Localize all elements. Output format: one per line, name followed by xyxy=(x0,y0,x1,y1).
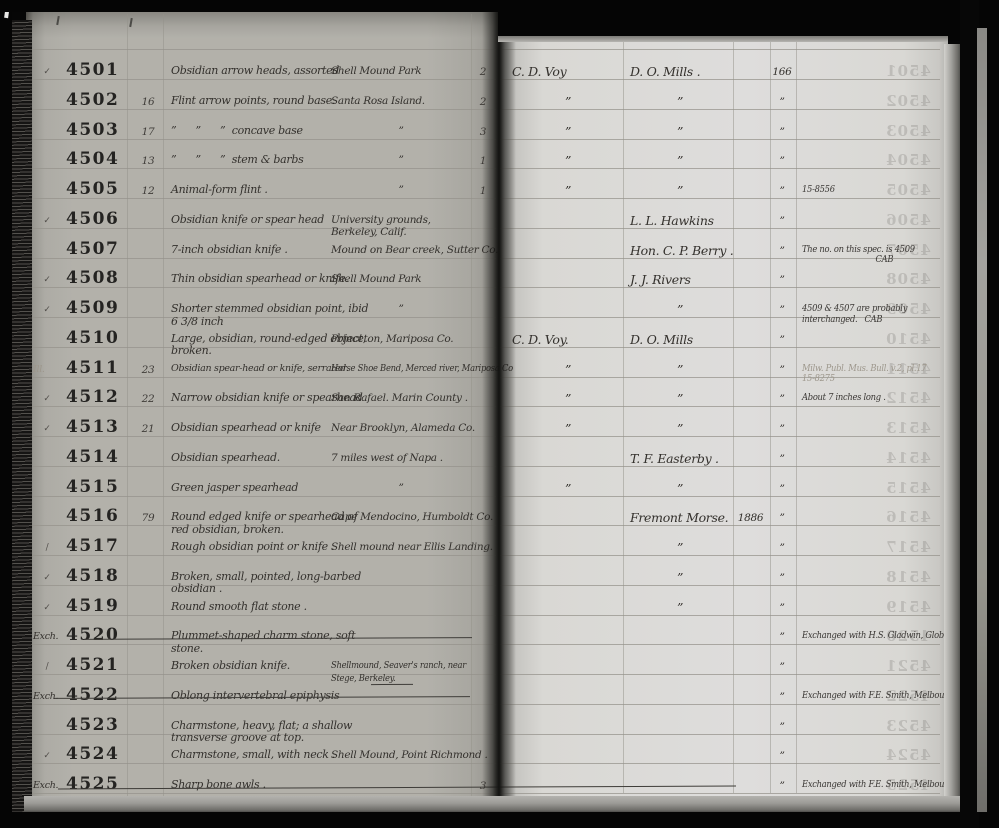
museum-number: ” xyxy=(768,245,796,258)
donor-name: L. L. Hawkins xyxy=(630,214,730,227)
remark-note: Milw. Publ. Mus. Bull. v.2, pl.17 15-827… xyxy=(802,364,926,385)
museum-number: ” xyxy=(768,334,796,347)
ghost-number: 4502 xyxy=(882,92,934,110)
collector-name: ” xyxy=(512,422,624,435)
museum-number: 166 xyxy=(768,66,796,79)
bottom-black-border xyxy=(0,812,999,828)
left-black-border xyxy=(0,0,12,828)
catalog-number: 4511 xyxy=(66,359,119,377)
ghost-number: 4512 xyxy=(882,389,934,407)
rule-line xyxy=(500,615,940,616)
locality: Cape Mendocino, Humboldt Co. xyxy=(331,511,493,524)
catalog-number: 4513 xyxy=(66,418,119,436)
donor-name: ” xyxy=(630,601,730,614)
museum-number: ” xyxy=(768,661,796,674)
book-gutter xyxy=(482,12,516,812)
rule-line xyxy=(500,436,940,437)
catalog-number: 4517 xyxy=(66,537,119,555)
column-rule xyxy=(163,14,164,796)
catalog-number: 4510 xyxy=(66,329,119,347)
ghost-number: 4517 xyxy=(882,538,934,556)
margin-mark: ✓ xyxy=(33,274,61,287)
museum-number: ” xyxy=(768,215,796,228)
remark-note: 15-8556 xyxy=(802,185,835,196)
collector-name: ” xyxy=(512,363,624,376)
ghost-number: 4519 xyxy=(882,598,934,616)
locality: ” xyxy=(331,184,471,197)
locality: Shell Mound Park xyxy=(331,65,421,78)
locality: University grounds, Berkeley, Calif. xyxy=(331,214,431,239)
locality: Shell Mound Park xyxy=(331,273,421,286)
museum-number: ” xyxy=(768,304,796,317)
donor-name: Fremont Morse. xyxy=(630,511,730,524)
museum-number: ” xyxy=(768,721,796,734)
count-value: 22 xyxy=(133,393,163,406)
museum-number: ” xyxy=(768,512,796,525)
ghost-number: 4518 xyxy=(882,568,934,586)
rule-line xyxy=(500,496,940,497)
locality: ” xyxy=(331,303,471,316)
museum-number: ” xyxy=(768,631,796,644)
museum-number: ” xyxy=(768,750,796,763)
rule-line xyxy=(500,555,940,556)
museum-number: ” xyxy=(768,691,796,704)
count-value: 21 xyxy=(133,423,163,436)
right-page-top-edge xyxy=(498,36,948,42)
count-value: 12 xyxy=(133,185,163,198)
rule-line xyxy=(500,49,940,50)
rule-line xyxy=(28,49,496,50)
locality: ” xyxy=(331,482,471,495)
rule-line xyxy=(500,704,940,705)
museum-number: ” xyxy=(768,453,796,466)
margin-mark: Exch. xyxy=(33,780,61,793)
ghost-number: 4501 xyxy=(882,62,934,80)
catalog-number: 4524 xyxy=(66,745,119,763)
museum-number: ” xyxy=(768,96,796,109)
description: Broken, small, pointed, long-barbed obsi… xyxy=(171,571,361,596)
description: Obsidian spearhead or knife xyxy=(171,422,321,435)
count-value: 23 xyxy=(133,364,163,377)
donor-name: ” xyxy=(630,184,730,197)
margin-mark: Exch. xyxy=(33,631,61,644)
description: Round smooth flat stone . xyxy=(171,601,307,614)
margin-mark: ✓ xyxy=(33,750,61,763)
rule-line xyxy=(500,79,940,80)
description: Rough obsidian point or knife . xyxy=(171,541,334,554)
margin-mark: ✓ xyxy=(33,423,61,436)
collector-name: ” xyxy=(512,392,624,405)
description: Animal-form flint . xyxy=(171,184,268,197)
museum-number: ” xyxy=(768,393,796,406)
collector-name: C. D. Voy xyxy=(512,65,624,78)
column-rule xyxy=(127,14,128,796)
ghost-number: 4513 xyxy=(882,419,934,437)
ghost-number: 4504 xyxy=(882,151,934,169)
catalog-number: 4506 xyxy=(66,210,119,228)
donor-name: ” xyxy=(630,95,730,108)
description: ” ” ” stem & barbs xyxy=(171,154,303,167)
ghost-number: 4515 xyxy=(882,479,934,497)
description: Charmstone, heavy, flat; a shallow trans… xyxy=(171,720,352,745)
catalog-number: 4525 xyxy=(66,775,119,793)
catalog-number: 4523 xyxy=(66,716,119,734)
locality: Shellmound, Seaver's ranch, near Stege, … xyxy=(331,660,466,685)
column-rule xyxy=(796,42,797,793)
description: Broken obsidian knife. xyxy=(171,660,290,673)
count-value: 16 xyxy=(133,96,163,109)
donor-name: ” xyxy=(630,125,730,138)
margin-mark: ✓ xyxy=(33,572,61,585)
catalog-number: 4505 xyxy=(66,180,119,198)
description: Charmstone, small, with neck . xyxy=(171,749,335,762)
ghost-number: 4506 xyxy=(882,211,934,229)
locality: San Rafael. Marin County . xyxy=(331,392,468,405)
margin-mark: / xyxy=(33,661,61,674)
donor-name: D. O. Mills xyxy=(630,333,730,346)
catalog-number: 4503 xyxy=(66,121,119,139)
donor-name: ” xyxy=(630,154,730,167)
collector-name: ” xyxy=(512,125,624,138)
rule-line xyxy=(500,644,940,645)
rule-line xyxy=(500,406,940,407)
catalog-number: 4502 xyxy=(66,91,119,109)
donor-name: D. O. Mills . xyxy=(630,65,730,78)
locality: Santa Rosa Island. xyxy=(331,95,425,108)
ghost-number: 4503 xyxy=(882,122,934,140)
donor-name: ” xyxy=(630,363,730,376)
museum-number: ” xyxy=(768,155,796,168)
remark-note: The no. on this spec. is 4509 CAB xyxy=(802,245,915,266)
catalog-number: 4522 xyxy=(66,686,119,704)
rule-line xyxy=(500,585,940,586)
description: Obsidian spear-head or knife, serrated. xyxy=(171,363,349,376)
donor-name: Hon. C. P. Berry . xyxy=(630,244,730,257)
locality: 7 miles west of Napa . xyxy=(331,452,443,465)
catalog-number: 4512 xyxy=(66,388,119,406)
museum-number: ” xyxy=(768,780,796,793)
column-rule xyxy=(733,42,734,793)
ghost-number: 4521 xyxy=(882,657,934,675)
rule-line xyxy=(500,198,940,199)
description: Obsidian arrow heads, assorted xyxy=(171,65,339,78)
catalog-number: 4519 xyxy=(66,597,119,615)
collector-name: C. D. Voy. xyxy=(512,333,624,346)
collector-name: ” xyxy=(512,482,624,495)
ghost-number: 4516 xyxy=(882,508,934,526)
rule-line xyxy=(500,674,940,675)
count-value: 17 xyxy=(133,126,163,139)
locality: Shell mound near Ellis Landing. xyxy=(331,541,493,554)
locality: Near Brooklyn, Alameda Co. xyxy=(331,422,475,435)
collector-name: ” xyxy=(512,184,624,197)
rule-line xyxy=(500,287,940,288)
margin-mark: ✓ xyxy=(33,393,61,406)
donor-name: J. J. Rivers xyxy=(630,273,730,286)
description: Obsidian knife or spear head xyxy=(171,214,324,227)
margin-mark: Ill. xyxy=(33,364,61,377)
ledger-photo: ✓4501Obsidian arrow heads, assortedShell… xyxy=(0,0,999,828)
catalog-number: 4516 xyxy=(66,507,119,525)
description: Thin obsidian spearhead or knife. xyxy=(171,273,349,286)
remark-note: About 7 inches long . xyxy=(802,393,886,404)
museum-number: ” xyxy=(768,274,796,287)
strikethrough-line xyxy=(371,684,413,685)
right-black-border-outer xyxy=(987,0,999,828)
donor-name: ” xyxy=(630,303,730,316)
donor-name: ” xyxy=(630,392,730,405)
museum-number: ” xyxy=(768,126,796,139)
locality: ” xyxy=(331,154,471,167)
date-value: 1886 xyxy=(734,512,767,525)
top-black-border-right xyxy=(498,0,999,41)
description: Plummet-shaped charm stone, soft stone. xyxy=(171,630,355,655)
catalog-number: 4521 xyxy=(66,656,119,674)
locality: ” xyxy=(331,125,471,138)
locality: Princeton, Mariposa Co. xyxy=(331,333,453,346)
rule-line xyxy=(500,466,940,467)
rule-line xyxy=(500,168,940,169)
remark-note: 4509 & 4507 are probably interchanged. C… xyxy=(802,304,907,325)
catalog-number: 4504 xyxy=(66,150,119,168)
ghost-number: 4524 xyxy=(882,746,934,764)
donor-name: ” xyxy=(630,541,730,554)
catalog-number: 4501 xyxy=(66,61,119,79)
catalog-number: 4518 xyxy=(66,567,119,585)
margin-mark: ✓ xyxy=(33,602,61,615)
margin-mark: ✓ xyxy=(33,304,61,317)
catalog-number: 4520 xyxy=(66,626,119,644)
top-black-border xyxy=(0,0,520,12)
locality: Shell Mound, Point Richmond . xyxy=(331,749,488,762)
left-page-stack-edge xyxy=(10,20,32,812)
ghost-number: 4505 xyxy=(882,181,934,199)
ghost-number: 4523 xyxy=(882,717,934,735)
museum-number: ” xyxy=(768,483,796,496)
ghost-number: 4510 xyxy=(882,330,934,348)
description: Round edged knife or spearhead of red ob… xyxy=(171,511,357,536)
collector-name: ” xyxy=(512,95,624,108)
description: Obsidian spearhead. xyxy=(171,452,280,465)
margin-mark: ✓ xyxy=(33,66,61,79)
museum-number: ” xyxy=(768,602,796,615)
rule-line xyxy=(500,793,940,794)
catalog-number: 4508 xyxy=(66,269,119,287)
rule-line xyxy=(500,734,940,735)
catalog-number: 4507 xyxy=(66,240,119,258)
catalog-number: 4514 xyxy=(66,448,119,466)
description: Green jasper spearhead xyxy=(171,482,298,495)
donor-name: T. F. Easterby . xyxy=(630,452,730,465)
donor-name: ” xyxy=(630,422,730,435)
description: Sharp bone awls . xyxy=(171,779,266,792)
museum-number: ” xyxy=(768,364,796,377)
ghost-number: 4514 xyxy=(882,449,934,467)
museum-number: ” xyxy=(768,423,796,436)
margin-mark: ✓ xyxy=(33,215,61,228)
donor-name: ” xyxy=(630,571,730,584)
donor-name: ” xyxy=(630,482,730,495)
rule-line xyxy=(500,525,940,526)
museum-number: ” xyxy=(768,542,796,555)
catalog-number: 4515 xyxy=(66,478,119,496)
rule-line xyxy=(500,347,940,348)
margin-mark: / xyxy=(33,542,61,555)
rule-line xyxy=(500,109,940,110)
ghost-number: 4508 xyxy=(882,270,934,288)
collector-name: ” xyxy=(512,154,624,167)
rule-line xyxy=(500,139,940,140)
museum-number: ” xyxy=(768,572,796,585)
museum-number: ” xyxy=(768,185,796,198)
description: ” ” ” concave base xyxy=(171,125,303,138)
description: Flint arrow points, round base. xyxy=(171,95,335,108)
rule-line xyxy=(500,228,940,229)
rule-line xyxy=(500,763,940,764)
count-value: 13 xyxy=(133,155,163,168)
locality: Mound on Bear creek, Sutter Co. xyxy=(331,244,498,257)
catalog-number: 4509 xyxy=(66,299,119,317)
description: 7-inch obsidian knife . xyxy=(171,244,288,257)
count-value: 79 xyxy=(133,512,163,525)
